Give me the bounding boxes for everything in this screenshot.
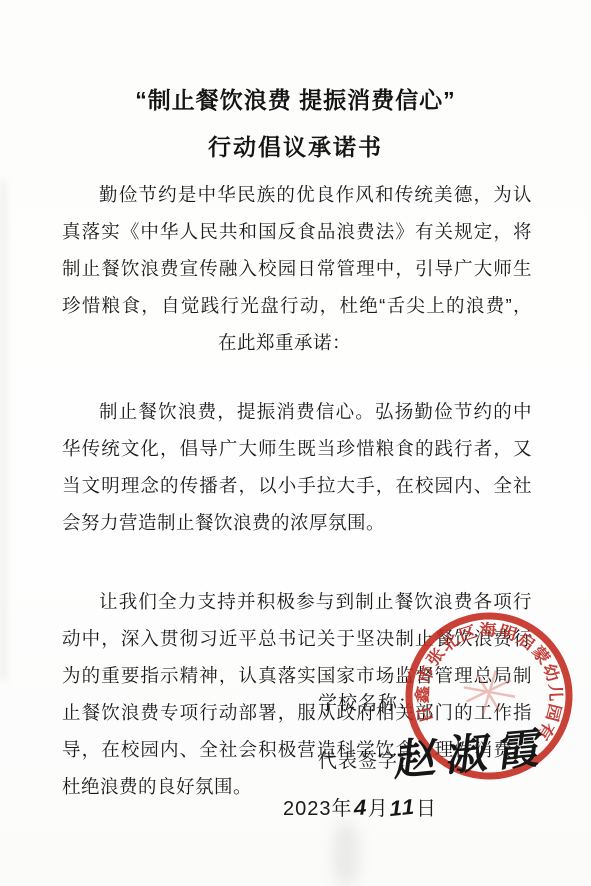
date-year: 2023年 (283, 798, 353, 820)
document-body: 勤俭节约是中华民族的优良作风和传统美德，为认真落实《中华人民共和国反食品浪费法》… (62, 176, 532, 805)
document-page: “制止餐饮浪费 提振消费信心” 行动倡议承诺书 勤俭节约是中华民族的优良作风和传… (0, 0, 591, 886)
document-title-line-2: 行动倡议承诺书 (0, 129, 591, 162)
paragraph-1-text-after-blank: 在此郑重承诺： (218, 332, 351, 353)
school-name-label: 学校名称： (318, 688, 418, 715)
date-month-handwritten: 4 (351, 794, 368, 821)
scan-smudge-bottom (333, 822, 359, 886)
paragraph-1: 勤俭节约是中华民族的优良作风和传统美德，为认真落实《中华人民共和国反食品浪费法》… (62, 176, 532, 361)
paragraph-1-text-before-blank: 勤俭节约是中华民族的优良作风和传统美德，为认真落实《中华人民共和国反食品浪费法》… (62, 184, 532, 316)
title-block: “制止餐饮浪费 提振消费信心” 行动倡议承诺书 (0, 82, 591, 162)
document-title-line-1: “制止餐饮浪费 提振消费信心” (0, 82, 591, 115)
scan-shadow-left-edge (0, 180, 6, 680)
school-name-fill-in-blank (62, 348, 218, 349)
paragraph-2: 制止餐饮浪费，提振消费信心。弘扬勤俭节约的中华传统文化，倡导广大师生既当珍惜粮食… (62, 393, 532, 541)
date-line: 2023年4月11日 (283, 792, 437, 821)
date-day-handwritten: 11 (388, 794, 418, 822)
date-day-unit: 日 (416, 798, 437, 820)
date-month-unit: 月 (368, 798, 389, 820)
